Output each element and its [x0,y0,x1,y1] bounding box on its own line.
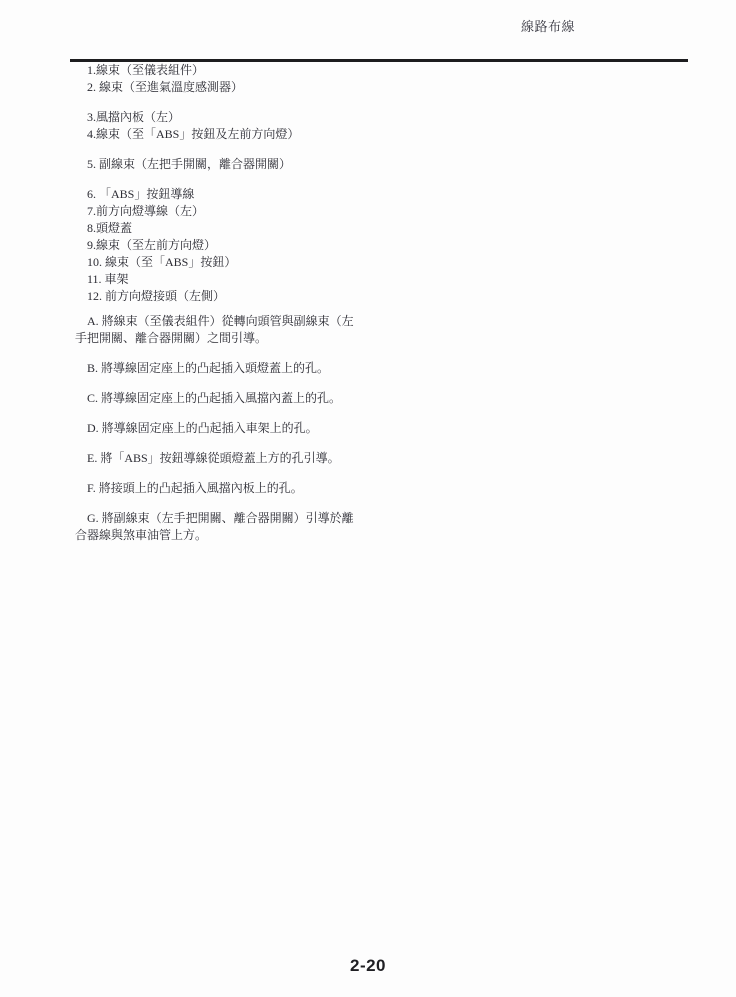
routing-step-b: B. 將導線固定座上的凸起插入頭燈蓋上的孔。 [75,360,355,377]
parts-list-item-10: 10. 線束（至「ABS」按鈕） [75,254,355,271]
parts-list-item-12: 12. 前方向燈接頭（左側） [75,288,355,305]
routing-step-c: C. 將導線固定座上的凸起插入風擋內蓋上的孔。 [75,390,355,407]
parts-list-item-8: 8.頭燈蓋 [75,220,355,237]
parts-list-item-2: 2. 線束（至進氣溫度感測器） [75,79,355,96]
parts-list-item-9: 9.線束（至左前方向燈） [75,237,355,254]
parts-list-item-4: 4.線束（至「ABS」按鈕及左前方向燈） [75,126,355,143]
parts-list-item-6: 6. 「ABS」按鈕導線 [75,186,355,203]
page-number: 2-20 [0,956,736,976]
routing-step-e: E. 將「ABS」按鈕導線從頭燈蓋上方的孔引導。 [75,450,355,467]
parts-list-item-7: 7.前方向燈導線（左） [75,203,355,220]
page-content: 1.線束（至儀表組件） 2. 線束（至進氣溫度感測器） 3.風擋內板（左） 4.… [75,62,355,544]
routing-step-g: G. 將副線束（左手把開關、離合器開關）引導於離合器線與煞車油管上方。 [75,510,355,544]
routing-step-a: A. 將線束（至儀表組件）從轉向頭管與副線束（左手把開關、離合器開關）之間引導。 [75,313,355,347]
routing-step-d: D. 將導線固定座上的凸起插入車架上的孔。 [75,420,355,437]
parts-list-item-5: 5. 副線束（左把手開關，離合器開關） [75,156,355,173]
parts-list-item-1: 1.線束（至儀表組件） [75,62,355,79]
page-header-title: 線路布線 [521,16,575,35]
parts-list-item-3: 3.風擋內板（左） [75,109,355,126]
parts-list-item-11: 11. 車架 [75,271,355,288]
routing-step-f: F. 將接頭上的凸起插入風擋內板上的孔。 [75,480,355,497]
manual-page: 線路布線 1.線束（至儀表組件） 2. 線束（至進氣溫度感測器） 3.風擋內板（… [0,0,736,997]
